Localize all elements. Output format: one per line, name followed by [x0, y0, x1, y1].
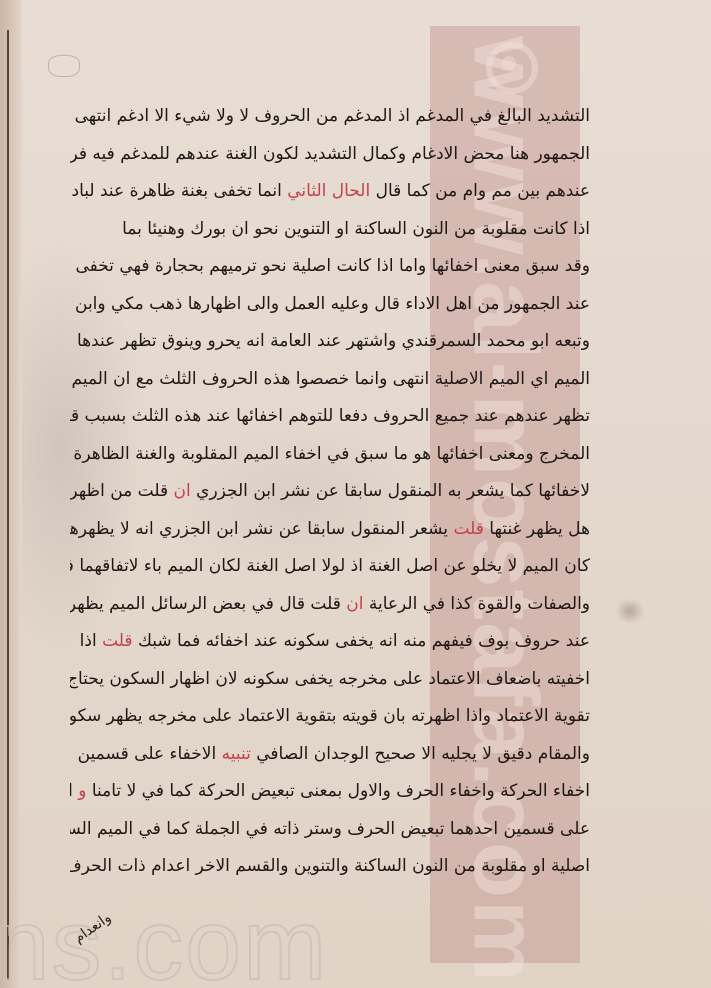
text-line: اخفيته باضعاف الاعتماد على مخرجه يخفى سك…: [70, 661, 590, 699]
line-text-tail: انما تخفى بغنة ظاهرة عند لباد وجوبا: [70, 181, 287, 201]
text-line: كان الميم لا يخلو عن اصل الغنة اذ لولا ا…: [70, 548, 590, 586]
line-text-tail: اذا: [80, 631, 102, 651]
line-text: المخرج ومعنى اخفائها هو ما سبق في اخفاء …: [70, 444, 590, 464]
line-text: وقد سبق معنى اخفائها واما اذا كانت اصلية…: [75, 256, 590, 276]
line-text: اصلية او مقلوبة من النون الساكنة والتنوي…: [70, 856, 590, 876]
text-line: على قسمين احدهما تبعيض الحرف وستر ذاته ف…: [70, 811, 590, 849]
line-text: والمقام دقيق لا يجليه الا صحيح الوجدان ا…: [251, 744, 590, 764]
line-text: اخفيته باضعاف الاعتماد على مخرجه يخفى سك…: [70, 669, 590, 689]
line-text: الجمهور هنا محض الادغام وكمال التشديد لك…: [70, 144, 590, 164]
line-text: عند حروف بوف فيفهم منه انه يخفى سكونه عن…: [133, 631, 590, 651]
line-text-tail: الثاني: [70, 781, 78, 801]
rubric-word: قلت: [453, 519, 483, 539]
line-text: تظهر عندهم عند جميع الحروف دفعا للتوهم ا…: [70, 406, 590, 426]
text-line: الجمهور هنا محض الادغام وكمال التشديد لك…: [70, 136, 590, 174]
manuscript-page: www.al-mostafa.com ns.com التشديد البالغ…: [0, 0, 711, 988]
text-line: اصلية او مقلوبة من النون الساكنة والتنوي…: [70, 848, 590, 886]
margin-smudge: [615, 598, 645, 624]
text-line: وقد سبق معنى اخفائها واما اذا كانت اصلية…: [70, 248, 590, 286]
line-text: وتبعه ابو محمد السمرقندي واشتهر عند العا…: [77, 331, 590, 351]
binding-edge: [0, 0, 22, 988]
rubric-word: الحال الثاني: [287, 181, 370, 201]
text-line: وتبعه ابو محمد السمرقندي واشتهر عند العا…: [70, 323, 590, 361]
line-text: التشديد البالغ في المدغم اذ المدغم من ال…: [70, 106, 590, 126]
rubric-word: قلت: [102, 631, 132, 651]
line-text: عند الجمهور من اهل الاداء قال وعليه العم…: [70, 294, 590, 314]
line-text: الميم اي الميم الاصلية انتهى وانما خصصوا…: [70, 369, 590, 389]
line-text: اخفاء الحركة واخفاء الحرف والاول بمعنى ت…: [86, 781, 590, 801]
text-line: والصفات والقوة كذا في الرعاية ان قلت قال…: [70, 586, 590, 624]
text-line: عندهم بين مم وام من كما قال الحال الثاني…: [70, 173, 590, 211]
text-line: لاخفائها كما يشعر به المنقول سابقا عن نش…: [70, 473, 590, 511]
line-text: عندهم بين مم وام من كما قال: [370, 181, 590, 201]
line-text: هل يظهر غنتها: [484, 519, 590, 539]
watermark-bottom-text: ns.com: [0, 895, 328, 988]
line-text: تقوية الاعتماد واذا اظهرته بان قويته بتق…: [70, 706, 590, 726]
line-text: اذا كانت مقلوبة من النون الساكنة او التن…: [122, 219, 590, 239]
text-line: عند الجمهور من اهل الاداء قال وعليه العم…: [70, 286, 590, 324]
text-line: تقوية الاعتماد واذا اظهرته بان قويته بتق…: [70, 698, 590, 736]
line-text-tail: قلت قال في بعض الرسائل الميم يظهر سكونه: [70, 594, 346, 614]
line-text: لاخفائها كما يشعر به المنقول سابقا عن نش…: [191, 481, 590, 501]
line-text-tail: يشعر المنقول سابقا عن نشر ابن الجزري انه…: [70, 519, 453, 539]
line-text: والصفات والقوة كذا في الرعاية: [363, 594, 590, 614]
text-line: اذا كانت مقلوبة من النون الساكنة او التن…: [70, 211, 590, 249]
line-text-tail: الاخفاء على قسمين: [78, 744, 222, 764]
text-line: تظهر عندهم عند جميع الحروف دفعا للتوهم ا…: [70, 398, 590, 436]
text-line: التشديد البالغ في المدغم اذ المدغم من ال…: [70, 98, 590, 136]
rubric-word: ان: [174, 481, 191, 501]
text-line: الميم اي الميم الاصلية انتهى وانما خصصوا…: [70, 361, 590, 399]
text-line: اخفاء الحركة واخفاء الحرف والاول بمعنى ت…: [70, 773, 590, 811]
text-line: والمقام دقيق لا يجليه الا صحيح الوجدان ا…: [70, 736, 590, 774]
line-text: على قسمين احدهما تبعيض الحرف وستر ذاته ف…: [70, 819, 590, 839]
text-line: هل يظهر غنتها قلت يشعر المنقول سابقا عن …: [70, 511, 590, 549]
rubric-word: تنبيه: [222, 744, 251, 764]
ink-scribble: [48, 55, 80, 77]
rubric-word: ان: [346, 594, 363, 614]
manuscript-text: التشديد البالغ في المدغم اذ المدغم من ال…: [70, 98, 590, 886]
binding-line: [7, 30, 9, 980]
text-line: المخرج ومعنى اخفائها هو ما سبق في اخفاء …: [70, 436, 590, 474]
line-text-tail: قلت من اظهر الميم هنا: [70, 481, 174, 501]
line-text: كان الميم لا يخلو عن اصل الغنة اذ لولا ا…: [70, 556, 590, 576]
text-line: عند حروف بوف فيفهم منه انه يخفى سكونه عن…: [70, 623, 590, 661]
